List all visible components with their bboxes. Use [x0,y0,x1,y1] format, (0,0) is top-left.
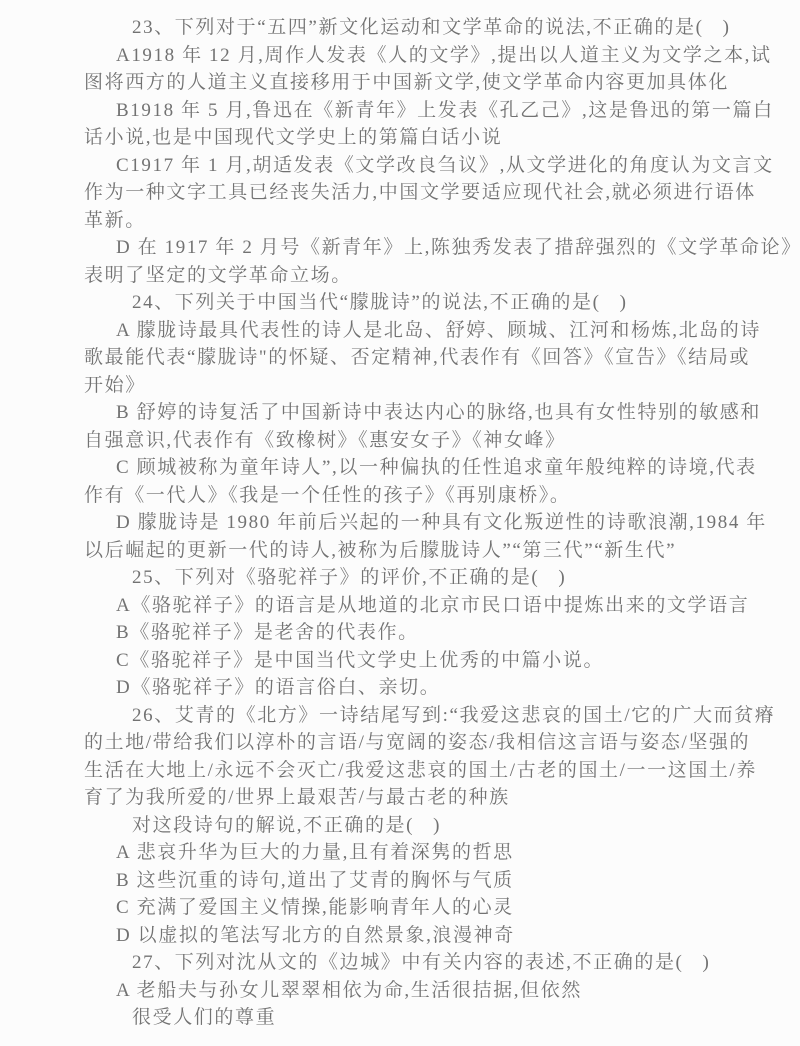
text-line: C《骆驼祥子》是中国当代文学史上优秀的中篇小说。 [84,647,744,675]
text-line: 27、下列对沈从文的《边城》中有关内容的表述,不正确的是( ) [84,949,744,977]
text-line: 24、下列关于中国当代“朦胧诗”的说法,不正确的是( ) [84,289,744,317]
text-line: D《骆驼祥子》的语言俗白、亲切。 [84,674,744,702]
text-line: A1918 年 12 月,周作人发表《人的文学》,提出以人道主义为文学之本,试 [84,42,744,70]
text-line: 表明了坚定的文学革命立场。 [84,262,744,290]
text-line: 话小说,也是中国现代文学史上的第篇白话小说 [84,124,744,152]
text-line: C 充满了爱国主义情操,能影响青年人的心灵 [84,894,744,922]
text-line: 作有《一代人》《我是一个任性的孩子》《再别康桥》。 [84,482,744,510]
text-line: B 这些沉重的诗句,道出了艾青的胸怀与气质 [84,867,744,895]
text-line: 的土地/带给我们以淳朴的言语/与宽阔的姿态/我相信这言语与姿态/坚强的 [84,729,744,757]
text-line: 作为一种文字工具已经丧失活力,中国文学要适应现代社会,就必须进行语体 [84,179,744,207]
text-line: 革新。 [84,207,744,235]
text-line: 生活在大地上/永远不会灭亡/我爱这悲哀的国土/古老的国土/一一这国土/养 [84,757,744,785]
text-line: A 朦胧诗最具代表性的诗人是北岛、舒婷、顾城、江河和杨炼,北岛的诗 [84,317,744,345]
text-line: D 在 1917 年 2 月号《新青年》上,陈独秀发表了措辞强烈的《文学革命论》… [84,234,744,262]
text-line: 23、下列对于“五四”新文化运动和文学革命的说法,不正确的是( ) [84,14,744,42]
text-line: B 舒婷的诗复活了中国新诗中表达内心的脉络,也具有女性特别的敏感和 [84,399,744,427]
text-line: D 以虚拟的笔法写北方的自然景象,浪漫神奇 [84,922,744,950]
text-line: A《骆驼祥子》的语言是从地道的北京市民口语中提炼出来的文学语言 [84,592,744,620]
text-line: B《骆驼祥子》是老舍的代表作。 [84,619,744,647]
text-line: 很受人们的尊重 [84,1004,744,1032]
text-line: B1918 年 5 月,鲁迅在《新青年》上发表《孔乙己》,这是鲁迅的第一篇白 [84,97,744,125]
text-line: 开始》 [84,372,744,400]
text-line: 以后崛起的更新一代的诗人,被称为后朦胧诗人”“第三代”“新生代” [84,537,744,565]
document-body: 23、下列对于“五四”新文化运动和文学革命的说法,不正确的是( )A1918 年… [84,14,744,1032]
text-line: C 顾城被称为童年诗人”,以一种偏执的任性追求童年般纯粹的诗境,代表 [84,454,744,482]
text-line: A 悲哀升华为巨大的力量,且有着深隽的哲思 [84,839,744,867]
text-line: A 老船夫与孙女儿翠翠相依为命,生活很拮据,但依然 [84,977,744,1005]
text-line: 图将西方的人道主义直接移用于中国新文学,使文学革命内容更加具体化 [84,69,744,97]
exam-page: 23、下列对于“五四”新文化运动和文学革命的说法,不正确的是( )A1918 年… [0,0,800,1046]
text-line: 26、艾青的《北方》一诗结尾写到:“我爱这悲哀的国土/它的广大而贫瘠 [84,702,744,730]
text-line: D 朦胧诗是 1980 年前后兴起的一种具有文化叛逆性的诗歌浪潮,1984 年 [84,509,744,537]
text-line: 育了为我所爱的/世界上最艰苦/与最古老的种族 [84,784,744,812]
text-line: 自强意识,代表作有《致橡树》《惠安女子》《神女峰》 [84,427,744,455]
text-line: C1917 年 1 月,胡适发表《文学改良刍议》,从文学进化的角度认为文言文 [84,152,744,180]
text-line: 25、下列对《骆驼祥子》的评价,不正确的是( ) [84,564,744,592]
text-line: 歌最能代表“朦胧诗"的怀疑、否定精神,代表作有《回答》《宣告》《结局或 [84,344,744,372]
text-line: 对这段诗句的解说,不正确的是( ) [84,812,744,840]
